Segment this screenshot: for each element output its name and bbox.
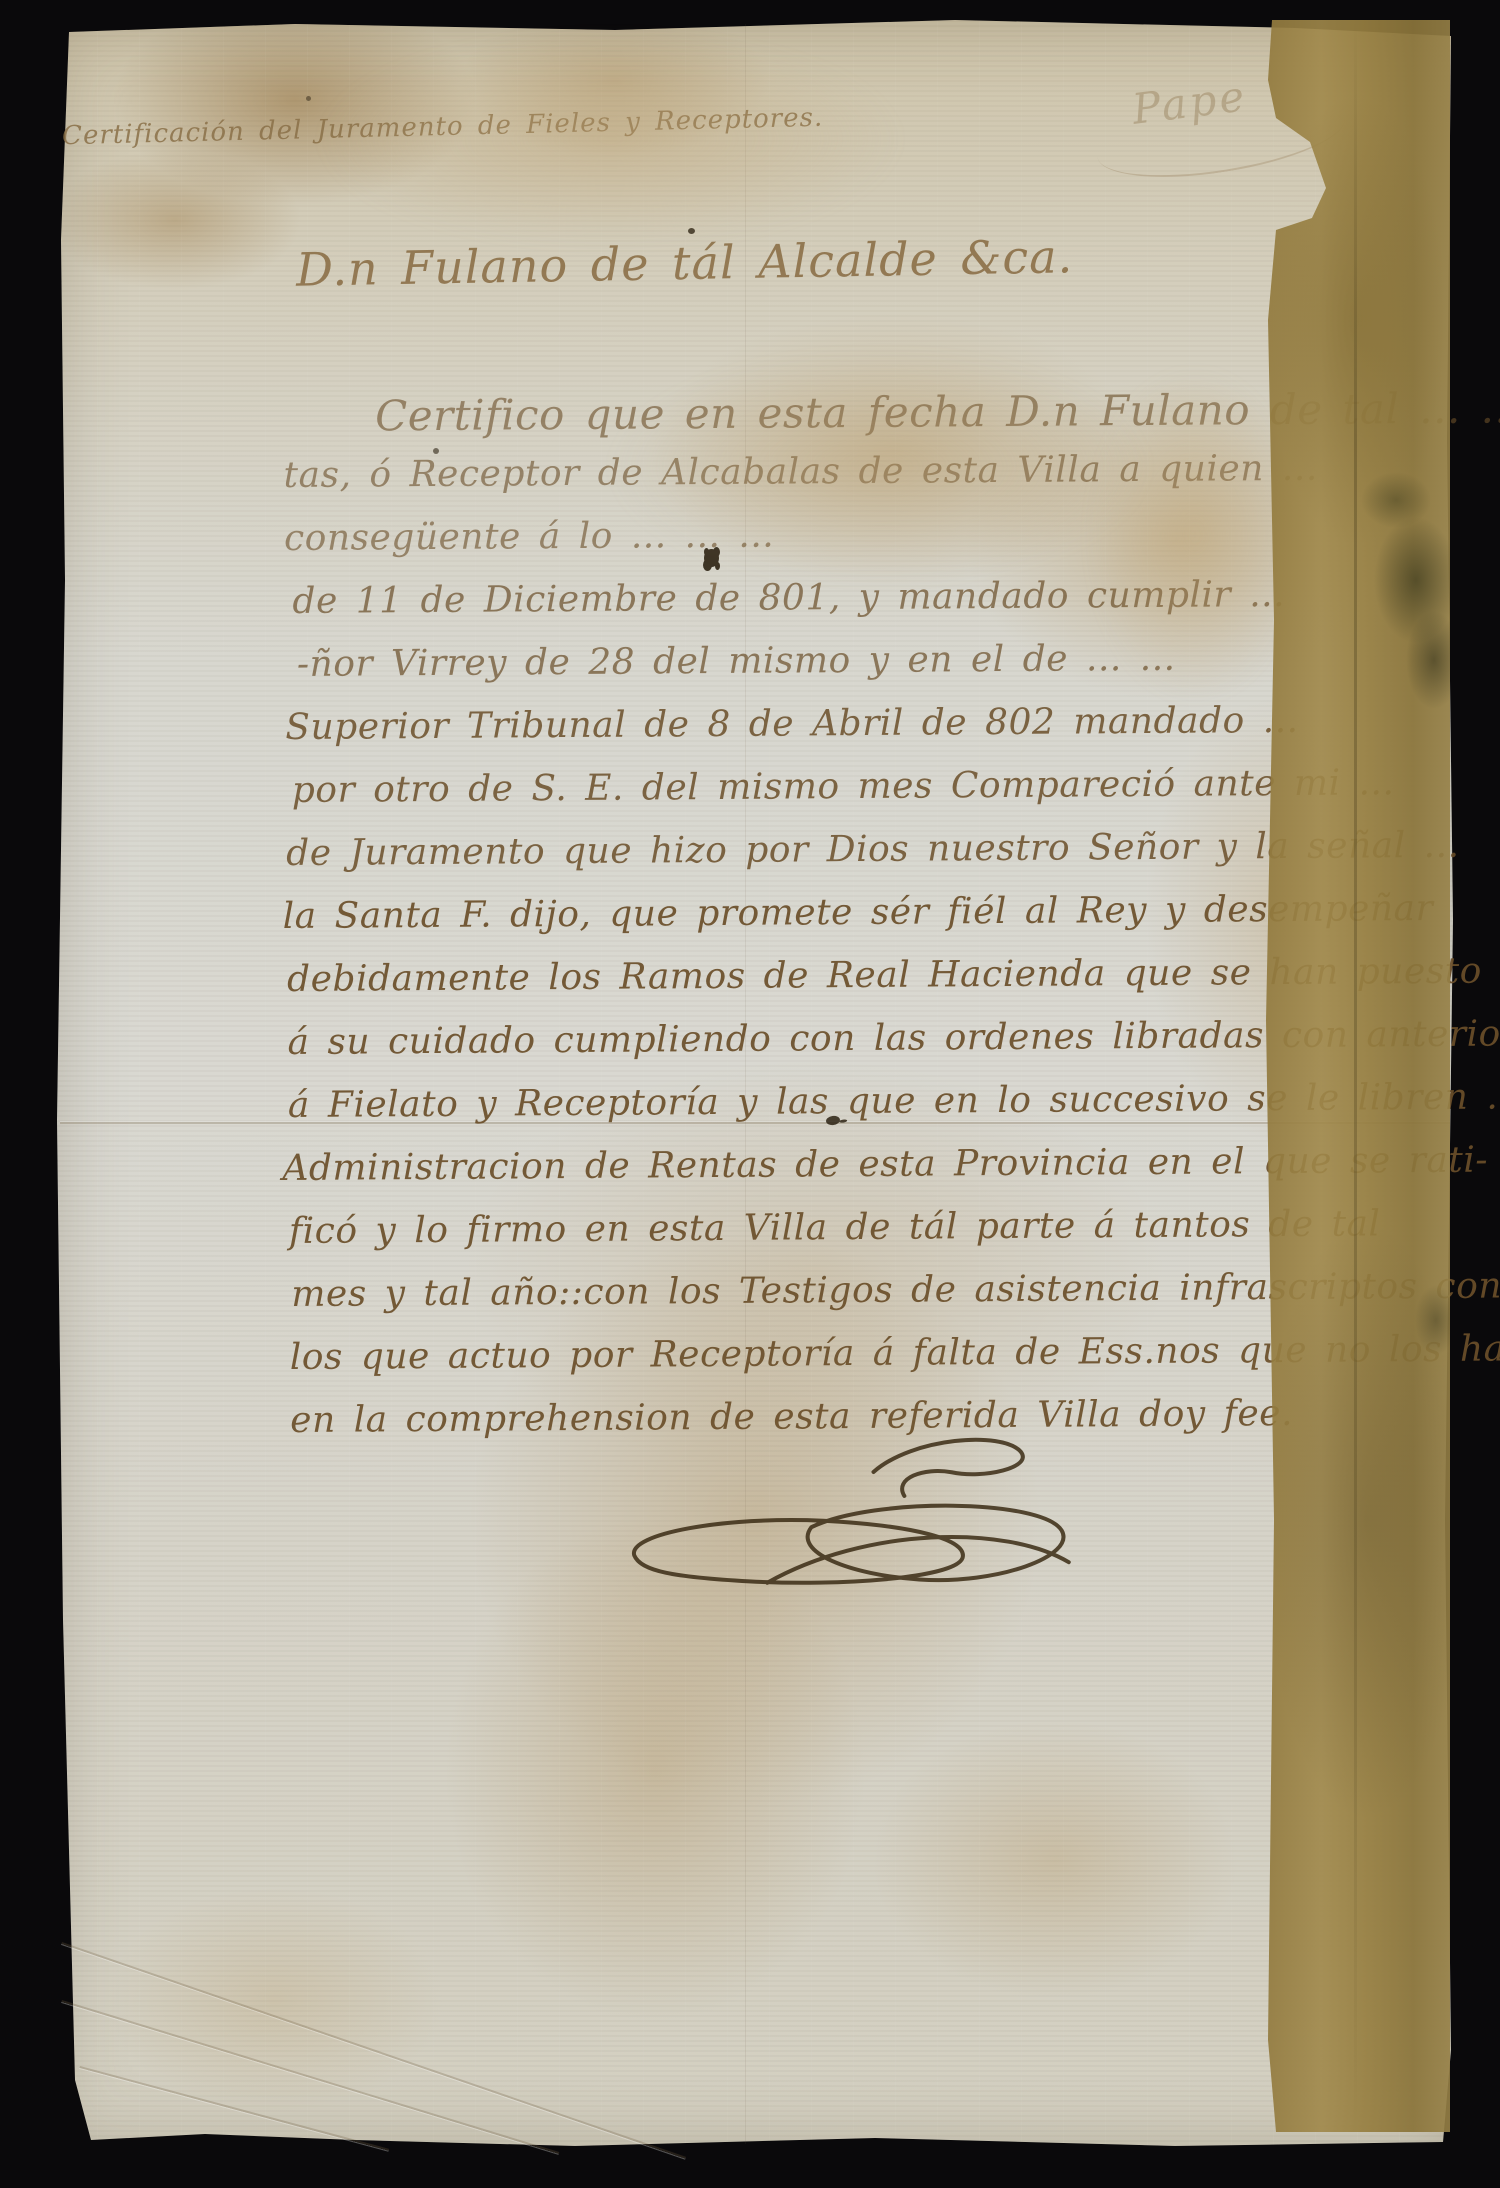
scan-background: Certificación del Juramento de Fieles y … [0, 0, 1500, 2188]
manuscript-line: tas, ó Receptor de Alcabalas de esta Vil… [283, 447, 1443, 518]
manuscript-line: Certifico que en esta fecha D.n Fulano d… [283, 384, 1443, 455]
ink-blot [704, 549, 719, 567]
tape-strip [1266, 20, 1450, 2132]
manuscript-line: consegüente á lo ... ... ... [284, 510, 1444, 581]
manuscript-line: de 11 de Diciembre de 801, y mandado cum… [292, 573, 1444, 644]
ink-blot [433, 448, 439, 454]
ink-blot [306, 96, 311, 101]
signature-rubric-flourish [572, 1419, 1118, 1613]
ink-blot [688, 228, 695, 234]
